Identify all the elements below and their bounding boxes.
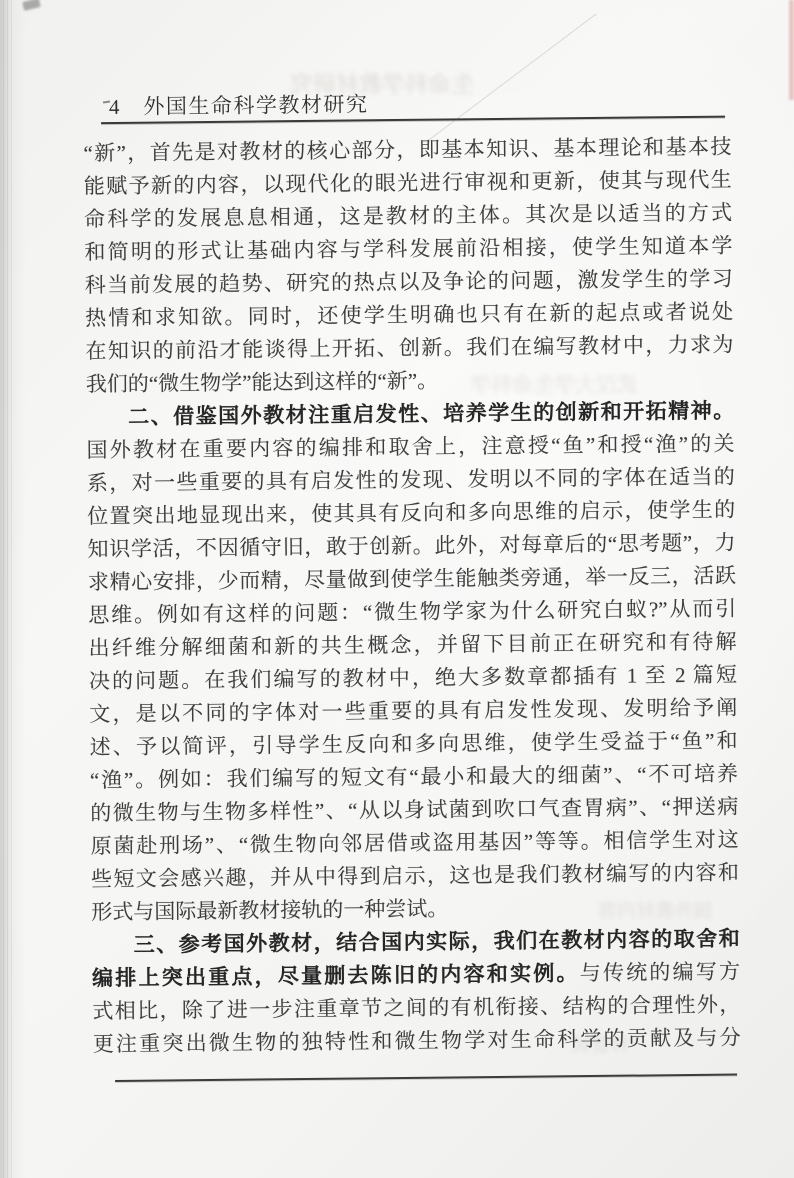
printed-content: 4外国生命科学教材研究 “新”，首先是对教材的核心部分，即基本知识、基本理论和基… — [0, 0, 794, 1178]
text-segment: 能赋予新的内容，以现代化的眼光进行审视和更新，使其与现代生 — [84, 168, 732, 199]
text-segment: 出纤维分解细菌和新的共生概念，并留下目前正在研究和有待解 — [88, 629, 736, 660]
text-segment: 和简明的形式让基础内容与学科发展前沿相接，使学生知道本学 — [84, 234, 732, 265]
page-header: 4外国生命科学教材研究 — [109, 88, 369, 121]
text-segment: “渔”。例如：我们编写的短文有“最小和最大的细菌”、“不可培养 — [90, 761, 738, 792]
text-segment: 些短文会感兴趣，并从中得到启示，这也是我们教材编写的内容和 — [91, 860, 739, 891]
text-segment: 国外教材在重要内容的编排和取舍上，注意授“鱼”和授“渔”的关 — [86, 431, 734, 462]
text-segment: 的微生物与生物多样性”、“从以身试菌到吹口气查胃病”、“押送病 — [90, 794, 738, 825]
text-segment: 思维。例如有这样的问题：“微生物学家为什么研究白蚁?”从而引 — [88, 596, 736, 627]
text-segment: “新”，首先是对教材的核心部分，即基本知识、基本理论和基本技 — [83, 135, 731, 166]
binding-edge-lines — [3, 0, 15, 1178]
text-segment: 求精心安排，少而精，尽量做到使学生能触类旁通，举一反三，活跃 — [88, 563, 736, 594]
text-segment: 我们的“微生物学”能达到这样的“新”。 — [86, 369, 439, 397]
text-segment: 原菌赴刑场”、“微生物向邻居借或盗用基因”等等。相信学生对这 — [91, 827, 739, 858]
bold-text-segment: 编排上突出重点，尽量删去陈旧的内容和实例。 — [92, 962, 580, 990]
text-segment: 科当前发展的趋势、研究的热点以及争论的问题，激发学生的学习 — [85, 266, 733, 297]
text-segment: 更注重突出微生物的独特性和微生物学对生命科学的贡献及与分 — [93, 1025, 741, 1056]
text-segment: 在知识的前沿才能谈得上开拓、创新。我们在编写教材中，力求为 — [85, 332, 733, 363]
text-segment: 热情和求知欲。同时，还使学生明确也只有在新的起点或者说处 — [85, 299, 733, 330]
text-segment: 述、予以简评，引导学生反向和多向思维，使学生受益于“鱼”和 — [90, 728, 738, 759]
text-segment: 决的问题。在我们编写的教材中，绝大多数章都插有 1 至 2 篇短 — [89, 662, 737, 693]
text-line: 更注重突出微生物的独特性和微生物学对生命科学的贡献及与分 — [93, 1021, 741, 1061]
scanned-book-page: 生命科学教材研究 武汉大学生命科学 国外教材内容 一种尝试 4外国生命科学教材研… — [0, 0, 794, 1178]
text-segment: 式相比，除了进一步注重章节之间的有机衔接、结构的合理性外， — [92, 992, 740, 1023]
text-line: 在知识的前沿才能谈得上开拓、创新。我们在编写教材中，力求为 — [85, 328, 733, 368]
text-segment: 知识学活，不因循守旧，敢于创新。此外，对每章后的“思考题”，力 — [87, 530, 735, 561]
page-edge-tint — [789, 0, 794, 100]
text-line: 些短文会感兴趣，并从中得到启示，这也是我们教材编写的内容和 — [91, 856, 739, 896]
page-number: 4 — [109, 95, 120, 119]
text-segment: 与传统的编写方 — [580, 959, 741, 985]
text-segment: 文，是以不同的字体对一些重要的具有启发性发现、发明给予阐 — [89, 695, 737, 726]
footnote-rule — [115, 1073, 737, 1082]
text-segment: 系，对一些重要的具有启发性的发现、发明以不同的字体在适当的 — [87, 464, 735, 495]
text-segment: 位置突出地显现出来，使其具有反向和多向思维的启示，使学生的 — [87, 497, 735, 528]
running-title: 外国生命科学教材研究 — [143, 92, 368, 118]
bold-text-segment: 二、借鉴国外教材注重启发性、培养学生的创新和开拓精神。 — [128, 399, 734, 428]
text-segment: 命科学的发展息息相通，这是教材的主体。其次是以适当的方式 — [84, 201, 732, 232]
text-segment: 形式与国际最新教材接轨的一种尝试。 — [91, 897, 448, 925]
bold-text-segment: 三、参考国外教材，结合国内实际，我们在教材内容的取舍和 — [134, 927, 740, 956]
body-text: “新”，首先是对教材的核心部分，即基本知识、基本理论和基本技能赋予新的内容，以现… — [83, 131, 741, 1062]
